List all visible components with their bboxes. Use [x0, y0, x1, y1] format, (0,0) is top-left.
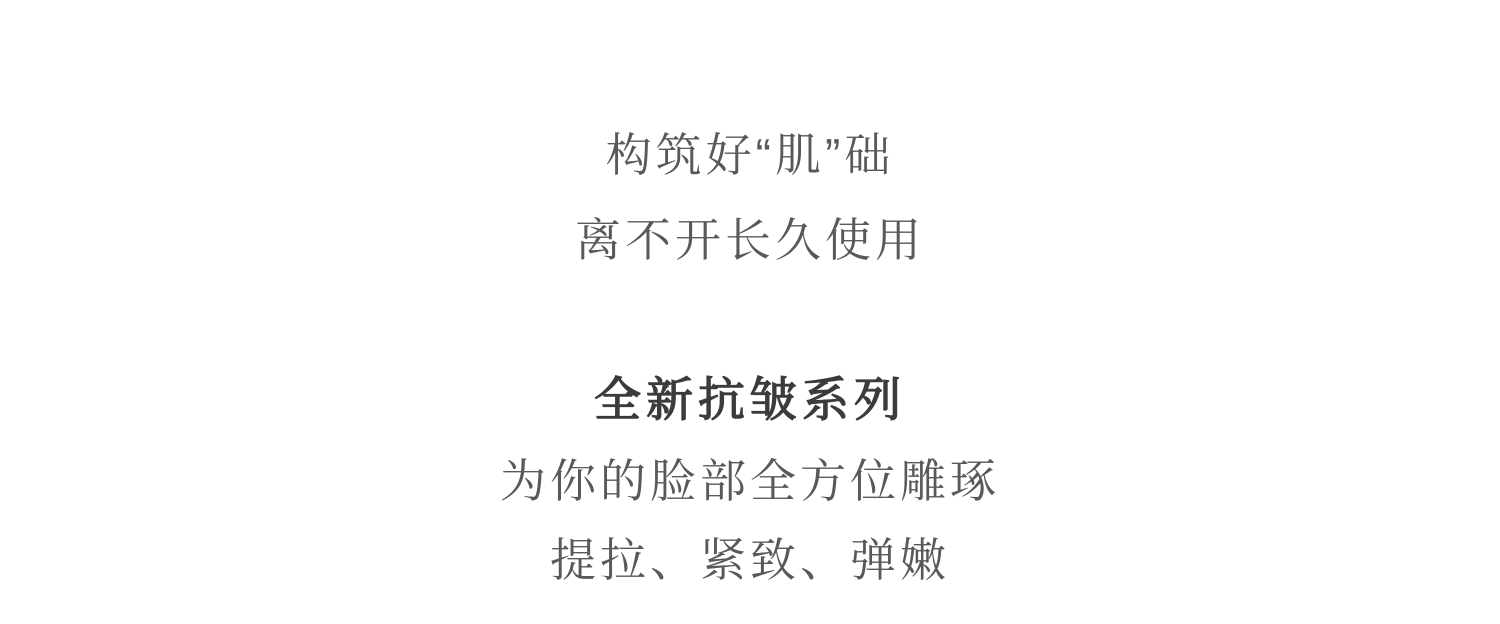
- intro-line-1: 构筑好“肌”础: [0, 113, 1500, 198]
- series-subtitle-2: 提拉、紧致、弹嫩: [0, 521, 1500, 600]
- series-subtitle-1: 为你的脸部全方位雕琢: [0, 442, 1500, 521]
- series-title: 全新抗皱系列: [0, 358, 1500, 442]
- intro-text-block: 构筑好“肌”础 离不开长久使用: [0, 113, 1500, 283]
- intro-line-2: 离不开长久使用: [0, 198, 1500, 283]
- series-text-block: 全新抗皱系列 为你的脸部全方位雕琢 提拉、紧致、弹嫩: [0, 358, 1500, 600]
- product-detail-section: 构筑好“肌”础 离不开长久使用 全新抗皱系列 为你的脸部全方位雕琢 提拉、紧致、…: [0, 0, 1500, 624]
